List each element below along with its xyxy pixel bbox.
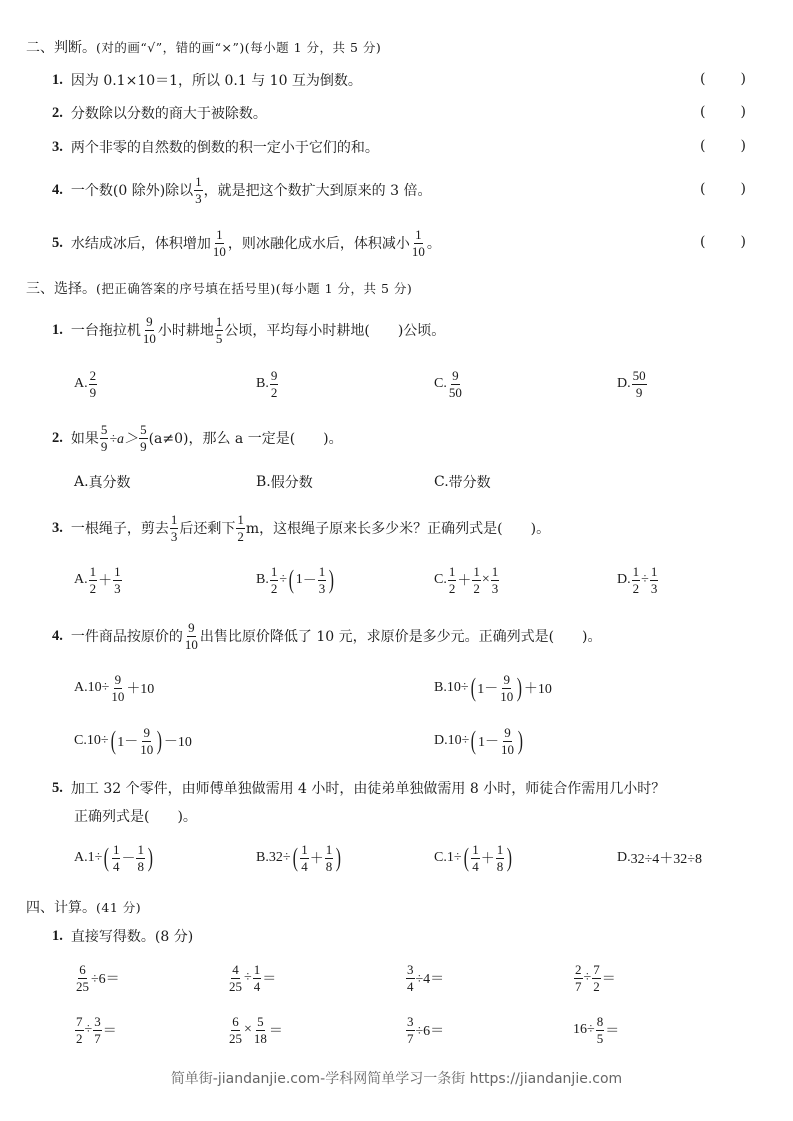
option-5d[interactable]: D.32÷4＋32÷8: [617, 848, 702, 868]
item-text: 一台拖拉机: [71, 320, 141, 340]
item-text: 因为 0.1×10＝1，所以 0.1 与 10 互为倒数。: [71, 70, 362, 90]
option-1b[interactable]: B.92: [256, 366, 279, 402]
section-judgment-title: 二、判断。(对的画“√”，错的画“×”)(每小题 1 分，共 5 分): [26, 37, 381, 57]
choice-question-1: 1. 一台拖拉机 910 小时耕地 15 公顷，平均每小时耕地( )公顷。: [52, 312, 445, 348]
fraction: 59: [100, 423, 109, 453]
item-number: 4.: [52, 182, 63, 199]
calc-item-1: 625÷6＝: [74, 960, 120, 996]
option-3b[interactable]: B. 12 ÷ (1－ 13): [256, 562, 336, 598]
option-4a[interactable]: A.10÷ 910 ＋10: [74, 670, 154, 706]
section-title: 三、选择。: [26, 278, 96, 298]
item-text: 一个数(0 除外)除以: [71, 180, 193, 200]
answer-blank-3[interactable]: (): [700, 138, 746, 154]
item-number: 1.: [52, 322, 63, 339]
option-1a[interactable]: A.29: [74, 366, 98, 402]
fraction: 12: [236, 513, 245, 543]
watermark: 简单街-jiandanjie.com-学科网简单学习一条街 https://ji…: [0, 1068, 793, 1088]
item-text: 直接写得数。(8 分): [71, 926, 193, 946]
fraction: 15: [215, 315, 224, 345]
item-text: m，这根绳子原来长多少米？正确列式是( )。: [246, 518, 550, 538]
option-3d[interactable]: D. 12 ÷ 13: [617, 562, 659, 598]
choice-question-5: 5. 加工 32 个零件，由师傅单独做需用 4 小时，由徒弟单独做需用 8 小时…: [52, 778, 665, 798]
judgment-item-5: 5. 水结成冰后，体积增加 110 ，则冰融化成水后，体积减小 110 。: [52, 225, 441, 261]
option-5a[interactable]: A.1÷ ( 14 － 18 ): [74, 840, 155, 876]
item-number: 5.: [52, 780, 63, 797]
fraction: 910: [184, 621, 199, 651]
calc-item-2: 425÷14＝: [227, 960, 276, 996]
section-title: 四、计算。: [26, 897, 96, 917]
choice-question-3: 3. 一根绳子，剪去 13 后还剩下 12 m，这根绳子原来长多少米？正确列式是…: [52, 510, 550, 546]
item-number: 4.: [52, 628, 63, 645]
option-4c[interactable]: C.10÷ (1－ 910) －10: [74, 723, 192, 759]
section-note: (把正确答案的序号填在括号里)(每小题 1 分，共 5 分): [96, 279, 412, 297]
choice-question-2: 2. 如果 59 ÷a＞ 59 (a≠0)，那么 a 一定是( )。: [52, 420, 343, 456]
item-text: 公顷，平均每小时耕地( )公顷。: [224, 320, 445, 340]
item-text: 出售比原价降低了 10 元，求原价是多少元。正确列式是( )。: [200, 626, 602, 646]
judgment-item-3: 3.两个非零的自然数的倒数的积一定小于它们的和。: [52, 137, 379, 157]
answer-blank-5[interactable]: (): [700, 234, 746, 250]
item-number: 3.: [52, 139, 63, 156]
option-3a[interactable]: A. 12 ＋ 13: [74, 562, 123, 598]
section-note: (41 分): [96, 898, 141, 916]
judgment-item-2: 2.分数除以分数的商大于被除数。: [52, 103, 267, 123]
option-5c[interactable]: C.1÷ ( 14 ＋ 18 ): [434, 840, 514, 876]
fraction: 13: [194, 175, 203, 205]
section-calc-title: 四、计算。(41 分): [26, 897, 141, 917]
answer-blank-2[interactable]: (): [700, 104, 746, 120]
calc-item-3: 34÷4＝: [405, 960, 444, 996]
option-5b[interactable]: B.32÷ ( 14 ＋ 18 ): [256, 840, 343, 876]
option-2c[interactable]: C.带分数: [434, 472, 491, 492]
item-text: 加工 32 个零件，由师傅单独做需用 4 小时，由徒弟单独做需用 8 小时，师徒…: [71, 778, 665, 798]
option-3c[interactable]: C. 12 ＋ 12 × 13: [434, 562, 500, 598]
item-number: 2.: [52, 430, 63, 447]
calc-item-5: 72÷37＝: [74, 1012, 117, 1048]
item-number: 5.: [52, 235, 63, 252]
section-note: (对的画“√”，错的画“×”)(每小题 1 分，共 5 分): [96, 38, 381, 56]
calc-item-4: 27÷72＝: [573, 960, 616, 996]
item-text: 两个非零的自然数的倒数的积一定小于它们的和。: [71, 137, 379, 157]
section-choice-title: 三、选择。(把正确答案的序号填在括号里)(每小题 1 分，共 5 分): [26, 278, 412, 298]
choice-question-5-line2: 正确列式是( )。: [74, 806, 197, 826]
option-1c[interactable]: C.950: [434, 366, 464, 402]
fraction: 910: [142, 315, 157, 345]
item-text: 如果: [71, 428, 99, 448]
judgment-item-1: 1.因为 0.1×10＝1，所以 0.1 与 10 互为倒数。: [52, 70, 362, 90]
option-4d[interactable]: D.10÷ (1－ 910): [434, 723, 525, 759]
option-2b[interactable]: B.假分数: [256, 472, 313, 492]
answer-blank-1[interactable]: (): [700, 71, 746, 87]
item-text: (a≠0)，那么 a 一定是( )。: [149, 428, 343, 448]
section-title: 二、判断。: [26, 37, 96, 57]
item-text: ，就是把这个数扩大到原来的 3 倍。: [204, 180, 432, 200]
answer-blank-4[interactable]: (): [700, 181, 746, 197]
calc-item-7: 37÷6＝: [405, 1012, 444, 1048]
calc-item-8: 16÷85＝: [573, 1012, 619, 1048]
option-4b[interactable]: B.10÷ (1－ 910) ＋10: [434, 670, 552, 706]
fraction: 110: [212, 228, 227, 258]
calc-question-1: 1. 直接写得数。(8 分): [52, 926, 193, 946]
item-text: 小时耕地: [158, 320, 214, 340]
judgment-item-4: 4. 一个数(0 除外)除以 13 ，就是把这个数扩大到原来的 3 倍。: [52, 172, 431, 208]
calc-item-6: 625×518＝: [227, 1012, 283, 1048]
item-text: 正确列式是( )。: [74, 806, 197, 826]
fraction: 13: [170, 513, 179, 543]
item-number: 1.: [52, 72, 63, 89]
option-2a[interactable]: A.真分数: [74, 472, 131, 492]
item-text: 。: [427, 233, 441, 253]
operator: ÷a＞: [109, 428, 138, 448]
option-1d[interactable]: D.509: [617, 366, 648, 402]
item-text: 一件商品按原价的: [71, 626, 183, 646]
choice-question-4: 4. 一件商品按原价的 910 出售比原价降低了 10 元，求原价是多少元。正确…: [52, 618, 602, 654]
item-number: 2.: [52, 105, 63, 122]
fraction: 110: [411, 228, 426, 258]
item-text: ，则冰融化成水后，体积减小: [228, 233, 410, 253]
item-number: 3.: [52, 520, 63, 537]
item-text: 分数除以分数的商大于被除数。: [71, 103, 267, 123]
item-text: 水结成冰后，体积增加: [71, 233, 211, 253]
item-text: 一根绳子，剪去: [71, 518, 169, 538]
item-text: 后还剩下: [179, 518, 235, 538]
fraction: 59: [139, 423, 148, 453]
item-number: 1.: [52, 928, 63, 945]
